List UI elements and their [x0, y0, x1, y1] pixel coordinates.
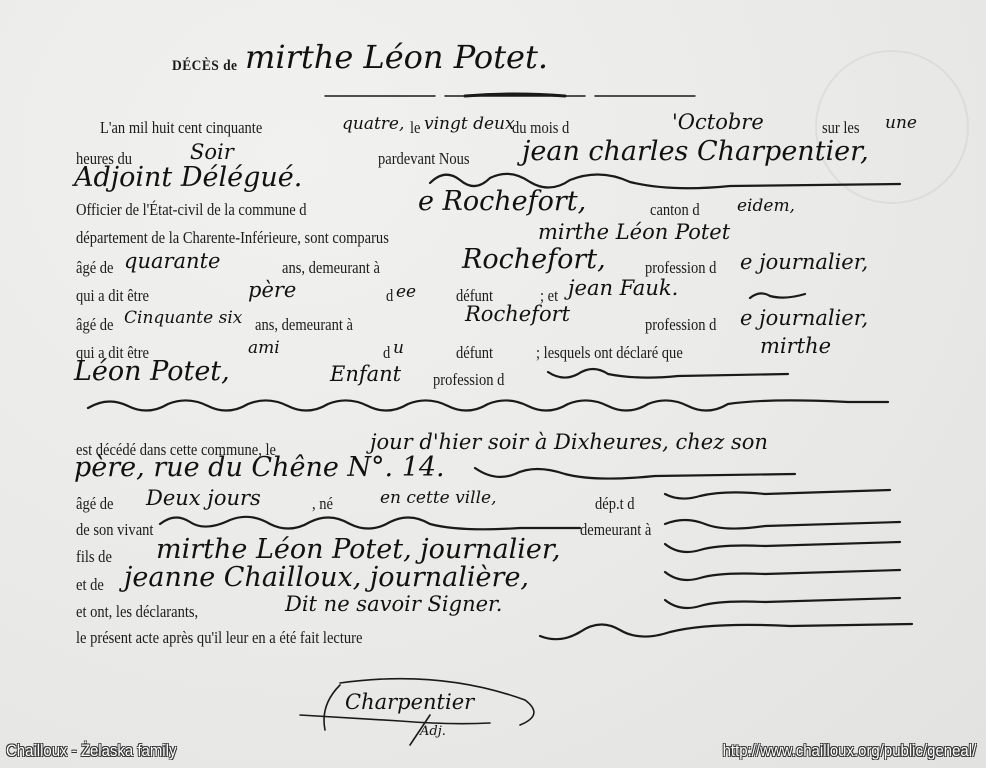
title-printed: DÉCÈS de — [172, 58, 238, 75]
title-underline — [325, 92, 695, 102]
filler-squiggle — [475, 460, 795, 486]
filler-squiggle — [750, 290, 810, 302]
filler-squiggle — [540, 612, 915, 648]
filler-squiggle — [665, 484, 895, 504]
filler-squiggle — [665, 510, 905, 534]
signature-name: Charpentier — [345, 690, 474, 714]
signature-flourish — [320, 675, 560, 755]
filler-squiggle — [665, 564, 905, 588]
footer-url: http://www.chailloux.org/public/geneal/ — [722, 741, 976, 761]
filler-squiggle — [548, 360, 788, 388]
footer-family-label: Chailloux - Żelaska family — [6, 741, 176, 761]
filler-squiggle — [665, 536, 905, 560]
filler-squiggle — [160, 510, 580, 536]
signature-sub: Adj. — [420, 724, 446, 739]
filler-squiggle — [88, 390, 888, 420]
deceased-name: mirthe Léon Potet. — [245, 38, 548, 76]
